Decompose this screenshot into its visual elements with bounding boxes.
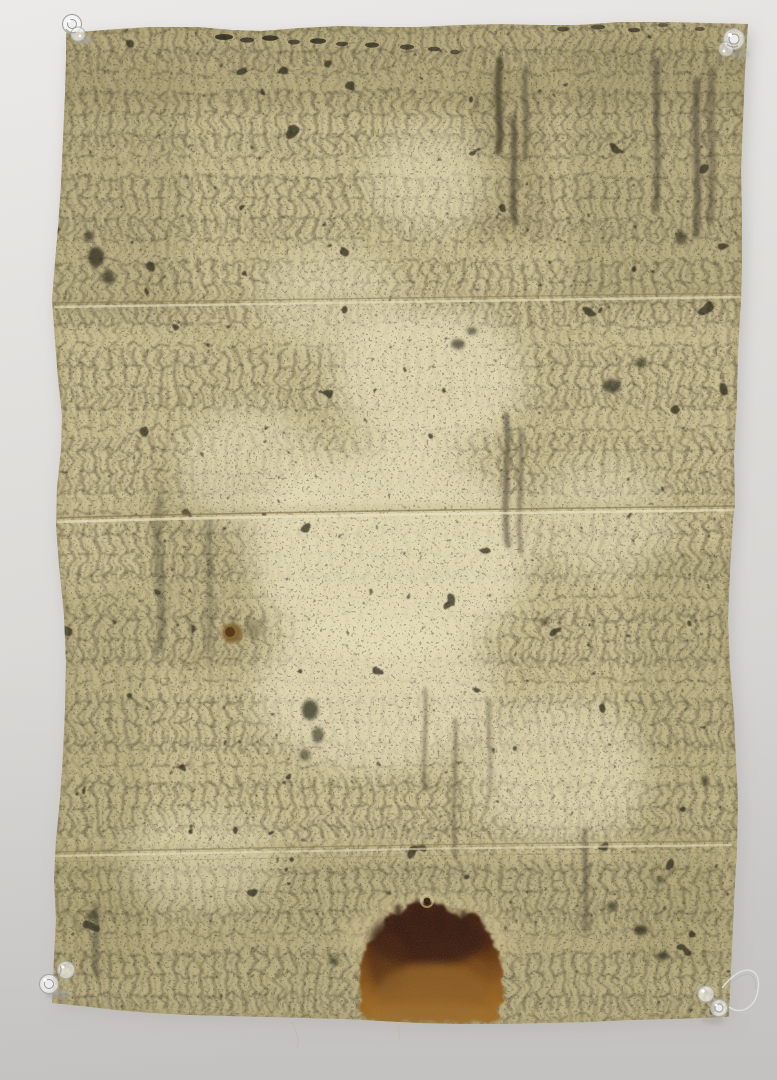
photo xyxy=(0,0,777,1080)
paper-grain xyxy=(45,10,750,1040)
tapa-cloth xyxy=(37,2,757,1080)
photo-canvas xyxy=(0,0,777,1080)
